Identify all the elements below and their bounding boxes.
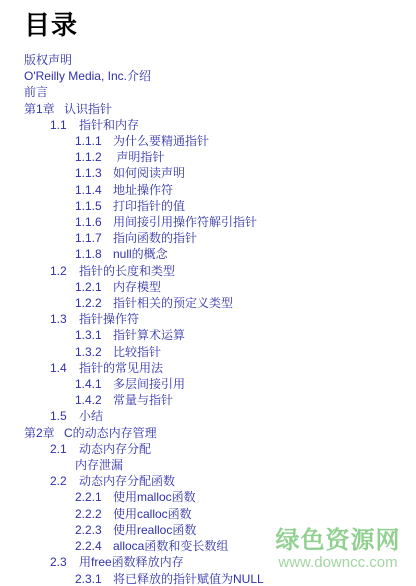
toc-item-number: 1.1.2 <box>75 149 113 165</box>
toc-item[interactable]: 1.1.8null的概念 <box>0 246 416 262</box>
toc-item[interactable]: 2.2.4alloca函数和变长数组 <box>0 538 416 554</box>
toc-item-number: 1.2.1 <box>75 279 113 295</box>
toc-item-number: 2.3 <box>50 554 79 570</box>
toc-item[interactable]: 1.5小结 <box>0 408 416 424</box>
toc-item-number: 2.3.1 <box>75 571 113 586</box>
toc-item[interactable]: 1.2.1内存模型 <box>0 279 416 295</box>
toc-item[interactable]: 版权声明 <box>0 52 416 68</box>
toc-item-label: 常量与指针 <box>113 393 173 407</box>
toc-item-label: alloca函数和变长数组 <box>113 539 228 553</box>
toc-item-label: 指针操作符 <box>79 312 139 326</box>
toc-item[interactable]: O'Reilly Media, Inc.介绍 <box>0 68 416 84</box>
toc-item[interactable]: 1.1.1为什么要精通指针 <box>0 133 416 149</box>
toc-item-number: 1.1.6 <box>75 214 113 230</box>
toc-item[interactable]: 1.1.3如何阅读声明 <box>0 165 416 181</box>
toc-item-label: 声明指针 <box>113 150 164 164</box>
toc-item-number: 2.1 <box>50 441 79 457</box>
toc-item-label: 指针和内存 <box>79 118 139 132</box>
toc-item-number: 2.2 <box>50 473 79 489</box>
toc-item[interactable]: 2.3用free函数释放内存 <box>0 554 416 570</box>
toc-item-label: 比较指针 <box>113 345 161 359</box>
toc-item[interactable]: 第1章认识指针 <box>0 101 416 117</box>
toc-item-number: 1.1.7 <box>75 230 113 246</box>
toc-item[interactable]: 内存泄漏 <box>0 457 416 473</box>
toc-item-label: 动态内存分配函数 <box>79 474 175 488</box>
toc-item[interactable]: 1.1.6用间接引用操作符解引指针 <box>0 214 416 230</box>
toc-item-number: 1.3 <box>50 311 79 327</box>
toc-item-number: 1.5 <box>50 408 79 424</box>
toc-item-number: 1.1.5 <box>75 198 113 214</box>
toc-item-label: 为什么要精通指针 <box>113 134 209 148</box>
toc-item-number: 1.1.8 <box>75 246 113 262</box>
toc-item-label: 小结 <box>79 409 103 423</box>
toc-item[interactable]: 2.2.1使用malloc函数 <box>0 489 416 505</box>
toc-item-number: 第1章 <box>24 101 64 117</box>
toc-item-label: 如何阅读声明 <box>113 166 185 180</box>
toc-item-label: 认识指针 <box>64 102 112 116</box>
toc-item-label: 使用calloc函数 <box>113 507 192 521</box>
toc-item[interactable]: 第2章C的动态内存管理 <box>0 425 416 441</box>
toc-item[interactable]: 1.1.7指向函数的指针 <box>0 230 416 246</box>
toc-item-label: 指针相关的预定义类型 <box>113 296 233 310</box>
toc-item[interactable]: 1.4.1多层间接引用 <box>0 376 416 392</box>
toc-item-number: 2.2.2 <box>75 506 113 522</box>
toc-item[interactable]: 1.1.2 声明指针 <box>0 149 416 165</box>
toc-item-label: 版权声明 <box>24 53 72 67</box>
toc-item[interactable]: 2.2.3使用realloc函数 <box>0 522 416 538</box>
toc-item-label: 内存模型 <box>113 280 161 294</box>
toc-item-label: O'Reilly Media, Inc.介绍 <box>24 69 151 83</box>
toc-item[interactable]: 2.2.2使用calloc函数 <box>0 506 416 522</box>
toc-item-label: 使用realloc函数 <box>113 523 196 537</box>
toc-item-label: 用free函数释放内存 <box>79 555 184 569</box>
page-title: 目录 <box>24 11 416 39</box>
toc-item[interactable]: 前言 <box>0 84 416 100</box>
toc-item[interactable]: 1.3.1指针算术运算 <box>0 327 416 343</box>
toc-item[interactable]: 1.2.2指针相关的预定义类型 <box>0 295 416 311</box>
toc-item[interactable]: 1.4.2常量与指针 <box>0 392 416 408</box>
toc-item-label: 内存泄漏 <box>75 458 123 472</box>
toc-item-number: 1.4.1 <box>75 376 113 392</box>
toc-item[interactable]: 2.1动态内存分配 <box>0 441 416 457</box>
toc-item-number: 2.2.1 <box>75 489 113 505</box>
toc-item-label: 指向函数的指针 <box>113 231 197 245</box>
toc-item-number: 1.4.2 <box>75 392 113 408</box>
toc-item-label: 用间接引用操作符解引指针 <box>113 215 257 229</box>
toc-item-number: 1.1 <box>50 117 79 133</box>
toc-item-number: 1.1.3 <box>75 165 113 181</box>
toc-item-label: 指针算术运算 <box>113 328 185 342</box>
toc-item[interactable]: 1.3.2比较指针 <box>0 344 416 360</box>
toc-item-number: 2.2.4 <box>75 538 113 554</box>
toc-item-label: 地址操作符 <box>113 183 173 197</box>
toc-item-number: 1.3.2 <box>75 344 113 360</box>
toc-item-number: 1.4 <box>50 360 79 376</box>
toc-item-label: 打印指针的值 <box>113 199 185 213</box>
toc-item[interactable]: 1.1指针和内存 <box>0 117 416 133</box>
toc-item-label: 指针的常见用法 <box>79 361 163 375</box>
toc-item[interactable]: 1.1.4地址操作符 <box>0 182 416 198</box>
toc-item[interactable]: 1.4指针的常见用法 <box>0 360 416 376</box>
toc-item-number: 2.2.3 <box>75 522 113 538</box>
toc-item-label: 指针的长度和类型 <box>79 264 175 278</box>
toc-item[interactable]: 1.3指针操作符 <box>0 311 416 327</box>
toc-item-number: 第2章 <box>24 425 64 441</box>
toc-item-number: 1.3.1 <box>75 327 113 343</box>
toc-item-number: 1.2 <box>50 263 79 279</box>
toc-item-label: null的概念 <box>113 247 168 261</box>
toc-item-label: 动态内存分配 <box>79 442 151 456</box>
toc-item[interactable]: 2.3.1将已释放的指针赋值为NULL <box>0 571 416 586</box>
toc-item-label: 前言 <box>24 85 48 99</box>
toc-list: 版权声明O'Reilly Media, Inc.介绍前言第1章认识指针1.1指针… <box>0 52 416 586</box>
toc-item-number: 1.1.1 <box>75 133 113 149</box>
toc-item-label: C的动态内存管理 <box>64 426 157 440</box>
toc-item[interactable]: 1.1.5打印指针的值 <box>0 198 416 214</box>
toc-item-label: 多层间接引用 <box>113 377 185 391</box>
toc-item-number: 1.1.4 <box>75 182 113 198</box>
toc-item-label: 将已释放的指针赋值为NULL <box>113 572 264 586</box>
toc-item[interactable]: 1.2指针的长度和类型 <box>0 263 416 279</box>
toc-item-number: 1.2.2 <box>75 295 113 311</box>
toc-item-label: 使用malloc函数 <box>113 490 196 504</box>
toc-item[interactable]: 2.2动态内存分配函数 <box>0 473 416 489</box>
